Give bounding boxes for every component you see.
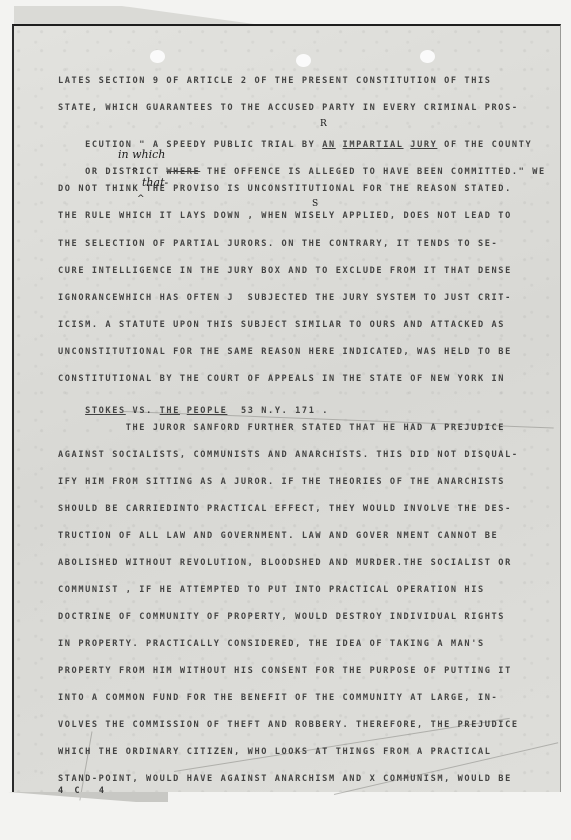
- text-line: CURE INTELLIGENCE IN THE JURY BOX AND TO…: [58, 266, 512, 276]
- text-line: IN PROPERTY. PRACTICALLY CONSIDERED, THE…: [58, 639, 485, 649]
- text-line: THE JUROR SANFORD FURTHER STATED THAT HE…: [58, 423, 505, 433]
- text-segment: OF THE COUNTY: [437, 140, 532, 150]
- text-line: ABOLISHED WITHOUT REVOLUTION, BLOODSHED …: [58, 558, 512, 568]
- underlined-word: JURY: [410, 140, 437, 150]
- text-line: CONSTITUTIONAL BY THE COURT OF APPEALS I…: [58, 374, 505, 384]
- handwritten-correction: S: [312, 200, 318, 209]
- text-line: THE SELECTION OF PARTIAL JURORS. ON THE …: [58, 239, 498, 249]
- text-line: DOCTRINE OF COMMUNITY OF PROPERTY, WOULD…: [58, 612, 505, 622]
- text-line: PROPERTY FROM HIM WITHOUT HIS CONSENT FO…: [58, 666, 512, 676]
- handwritten-insertion: that-: [142, 177, 168, 188]
- text-line: IGNORANCEWHICH HAS OFTEN J SUBJECTED THE…: [58, 293, 512, 303]
- text-line: LATES SECTION 9 OF ARTICLE 2 OF THE PRES…: [58, 76, 492, 86]
- text-segment: [180, 406, 187, 416]
- punch-hole: [150, 50, 165, 63]
- text-line: STAND-POINT, WOULD HAVE AGAINST ANARCHIS…: [58, 774, 512, 784]
- insertion-caret: ^: [131, 167, 139, 177]
- text-line: VOLVES THE COMMISSION OF THEFT AND ROBBE…: [58, 720, 519, 730]
- struck-word: WHERE: [166, 167, 200, 177]
- text-line: INTO A COMMON FUND FOR THE BENEFIT OF TH…: [58, 693, 498, 703]
- text-line: AGAINST SOCIALISTS, COMMUNISTS AND ANARC…: [58, 450, 519, 460]
- punch-hole: [420, 50, 435, 63]
- underlined-word: THE: [160, 406, 180, 416]
- text-line: COMMUNIST , IF HE ATTEMPTED TO PUT INTO …: [58, 585, 485, 595]
- text-line: IFY HIM FROM SITTING AS A JUROR. IF THE …: [58, 477, 505, 487]
- handwritten-insertion: in which: [118, 149, 165, 160]
- text-line: STOKES VS. THE PEOPLE 53 N.Y. 171 .: [58, 396, 329, 426]
- insertion-caret: ^: [137, 194, 145, 204]
- text-segment: VS.: [126, 406, 160, 416]
- text-line: SHOULD BE CARRIEDINTO PRACTICAL EFFECT, …: [58, 504, 512, 514]
- text-line: TRUCTION OF ALL LAW AND GOVERNMENT. LAW …: [58, 531, 498, 541]
- underlined-word: PEOPLE: [187, 406, 228, 416]
- text-segment: 53 N.Y. 171 .: [227, 406, 329, 416]
- underlined-word: STOKES: [85, 406, 126, 416]
- text-line: THE RULE WHICH IT LAYS DOWN , WHEN WISEL…: [58, 211, 512, 221]
- text-segment: THE OFFENCE IS ALLEGED TO HAVE BEEN COMM…: [200, 167, 545, 177]
- underlined-word: IMPARTIAL: [343, 140, 404, 150]
- text-line: WHICH THE ORDINARY CITIZEN, WHO LOOKS AT…: [58, 747, 492, 757]
- page-code: 4 C 4: [58, 786, 107, 796]
- text-line: STATE, WHICH GUARANTEES TO THE ACCUSED P…: [58, 103, 519, 113]
- text-line: UNCONSTITUTIONAL FOR THE SAME REASON HER…: [58, 347, 512, 357]
- text-line: ICISM. A STATUTE UPON THIS SUBJECT SIMIL…: [58, 320, 505, 330]
- text-line: DO NOT THINK THE PROVISO IS UNCONSTITUTI…: [58, 184, 512, 194]
- underlined-word: AN: [322, 140, 336, 150]
- handwritten-correction: R: [320, 120, 327, 129]
- punch-hole: [296, 54, 311, 67]
- text-segment: [336, 140, 343, 150]
